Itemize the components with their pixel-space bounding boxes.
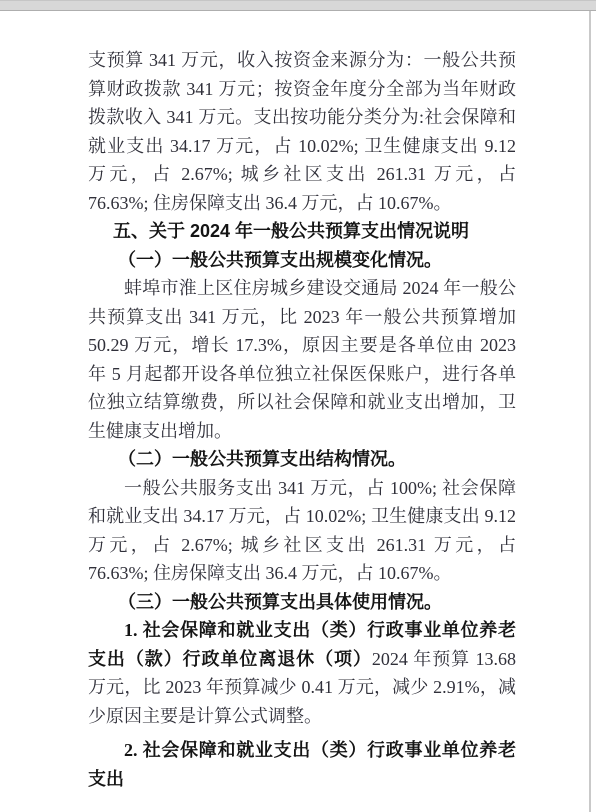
subsection-heading: （三）一般公共预算支出具体使用情况。 <box>88 588 516 617</box>
subsection-heading: （二）一般公共预算支出结构情况。 <box>88 445 516 474</box>
paragraph: 1. 社会保障和就业支出（类）行政事业单位养老支出（款）行政单位离退休（项）20… <box>88 616 516 730</box>
section-heading: 五、关于 2024 年一般公共预算支出情况说明 <box>88 217 516 246</box>
paragraph: 支预算 341 万元，收入按资金来源分为：一般公共预算财政拨款 341 万元；按… <box>88 46 516 217</box>
paragraph: 2. 社会保障和就业支出（类）行政事业单位养老支出 <box>88 736 516 793</box>
document-content: 支预算 341 万元，收入按资金来源分为：一般公共预算财政拨款 341 万元；按… <box>88 46 516 793</box>
document-page: 支预算 341 万元，收入按资金来源分为：一般公共预算财政拨款 341 万元；按… <box>0 0 596 812</box>
paragraph: 一般公共服务支出 341 万元，占 100%; 社会保障和就业支出 34.17 … <box>88 474 516 588</box>
bold-text-run: 2. 社会保障和就业支出（类）行政事业单位养老支出 <box>88 740 516 789</box>
page-right-edge <box>589 11 591 812</box>
paragraph: 蚌埠市淮上区住房城乡建设交通局 2024 年一般公共预算支出 341 万元，比 … <box>88 274 516 445</box>
page-top-edge <box>0 0 596 11</box>
subsection-heading: （一）一般公共预算支出规模变化情况。 <box>88 246 516 275</box>
